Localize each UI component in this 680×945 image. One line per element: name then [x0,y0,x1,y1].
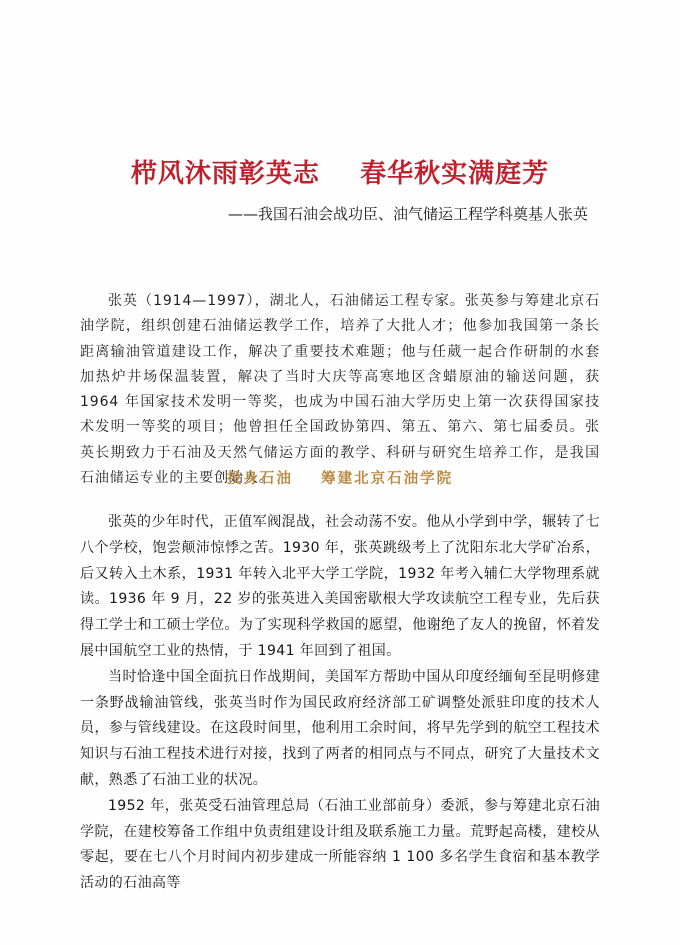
body-paragraph: 张英的少年时代，正值军阀混战，社会动荡不安。他从小学到中学，辗转了七八个学校，饱… [80,510,600,665]
article-title: 栉风沐雨彰英志 春华秋实满庭芳 [0,158,680,190]
body-paragraph: 1952 年，张英受石油管理总局（石油工业部前身）委派，参与筹建北京石油学院，在… [80,794,600,897]
article-subtitle: ——我国石油会战功臣、油气储运工程学科奠基人张英 [228,204,588,224]
section-heading: 投身石油 筹建北京石油学院 [0,468,680,490]
article-body: 张英的少年时代，正值军阀混战，社会动荡不安。他从小学到中学，辗转了七八个学校，饱… [80,510,600,897]
body-paragraph: 当时恰逢中国全面抗日作战期间，美国军方帮助中国从印度经缅甸至昆明修建一条野战输油… [80,665,600,794]
intro-paragraph: 张英（1914—1997），湖北人，石油储运工程专家。张英参与筹建北京石油学院，… [80,289,600,491]
document-page: 栉风沐雨彰英志 春华秋实满庭芳 ——我国石油会战功臣、油气储运工程学科奠基人张英… [0,0,680,945]
